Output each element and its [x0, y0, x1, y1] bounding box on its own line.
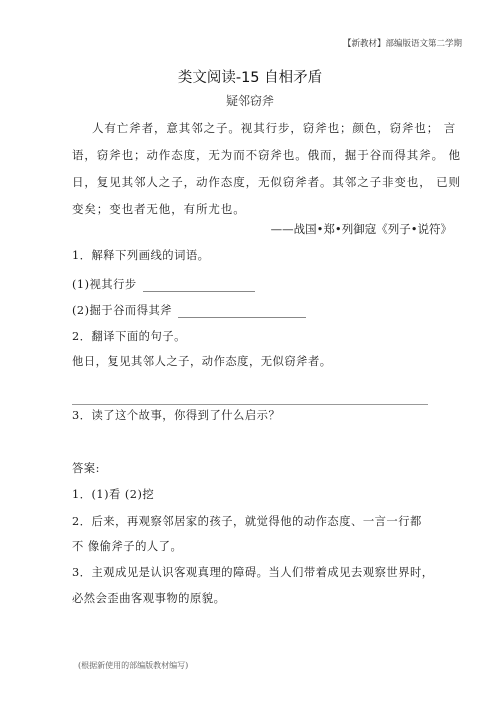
question-1-label: 1．解释下列画线的词语。 [72, 247, 209, 263]
header-note: 【新教材】部编版语文第二学期 [343, 37, 462, 49]
answer-1: 1．(1)看 (2)挖 [72, 486, 154, 502]
question-2-sentence: 他日，复见其邻人之子，动作态度，无似窃斧者。 [72, 353, 332, 369]
passage-line: 变矣；变也者无他，有所尤也。 [72, 201, 246, 217]
answer-2-line-2: 不 像偷斧子的人了。 [72, 538, 182, 554]
passage-line: 日，复见其邻人之子，动作态度，无似窃斧者。其邻之子非变也， 已则 [72, 174, 461, 190]
question-2-label: 2．翻译下面的句子。 [72, 328, 186, 344]
answer-rule-line [72, 404, 428, 405]
passage-line: 语，窃斧也；动作态度，无为而不窃斧也。俄而，掘于谷而得其斧。 他 [72, 147, 461, 163]
answer-3-line-1: 3．主观成见是认识客观真理的障碍。当人们带着成见去观察世界时， [72, 564, 434, 580]
footer-note: (根据新使用的部编版教材编写) [78, 660, 188, 671]
passage-line: 人有亡斧者，意其邻之子。视其行步，窃斧也；颜色，窃斧也； 言 [92, 120, 456, 136]
question-1-item-2: (2)掘于谷而得其斧 [72, 302, 306, 318]
passage-source: ——战国•郑•列御寇《列子•说符》 [271, 221, 452, 237]
answers-heading: 答案: [72, 460, 100, 476]
page-title: 类文阅读-15 自相矛盾 [0, 66, 500, 87]
answer-blank-2[interactable] [178, 305, 306, 318]
passage-title: 疑邻窃斧 [0, 92, 500, 109]
answer-2-line-1: 2．后来，再观察邻居家的孩子，就觉得他的动作态度、一言一行都 [72, 513, 422, 529]
answer-3-line-2: 必然会歪曲客观事物的原貌。 [72, 590, 225, 606]
question-1-item-1-text: (1)视其行步 [72, 278, 137, 291]
question-1-item-2-text: (2)掘于谷而得其斧 [72, 304, 172, 317]
question-3-label: 3．读了这个故事，你得到了什么启示？ [72, 407, 280, 423]
answer-blank-1[interactable] [143, 279, 255, 292]
question-1-item-1: (1)视其行步 [72, 276, 255, 292]
